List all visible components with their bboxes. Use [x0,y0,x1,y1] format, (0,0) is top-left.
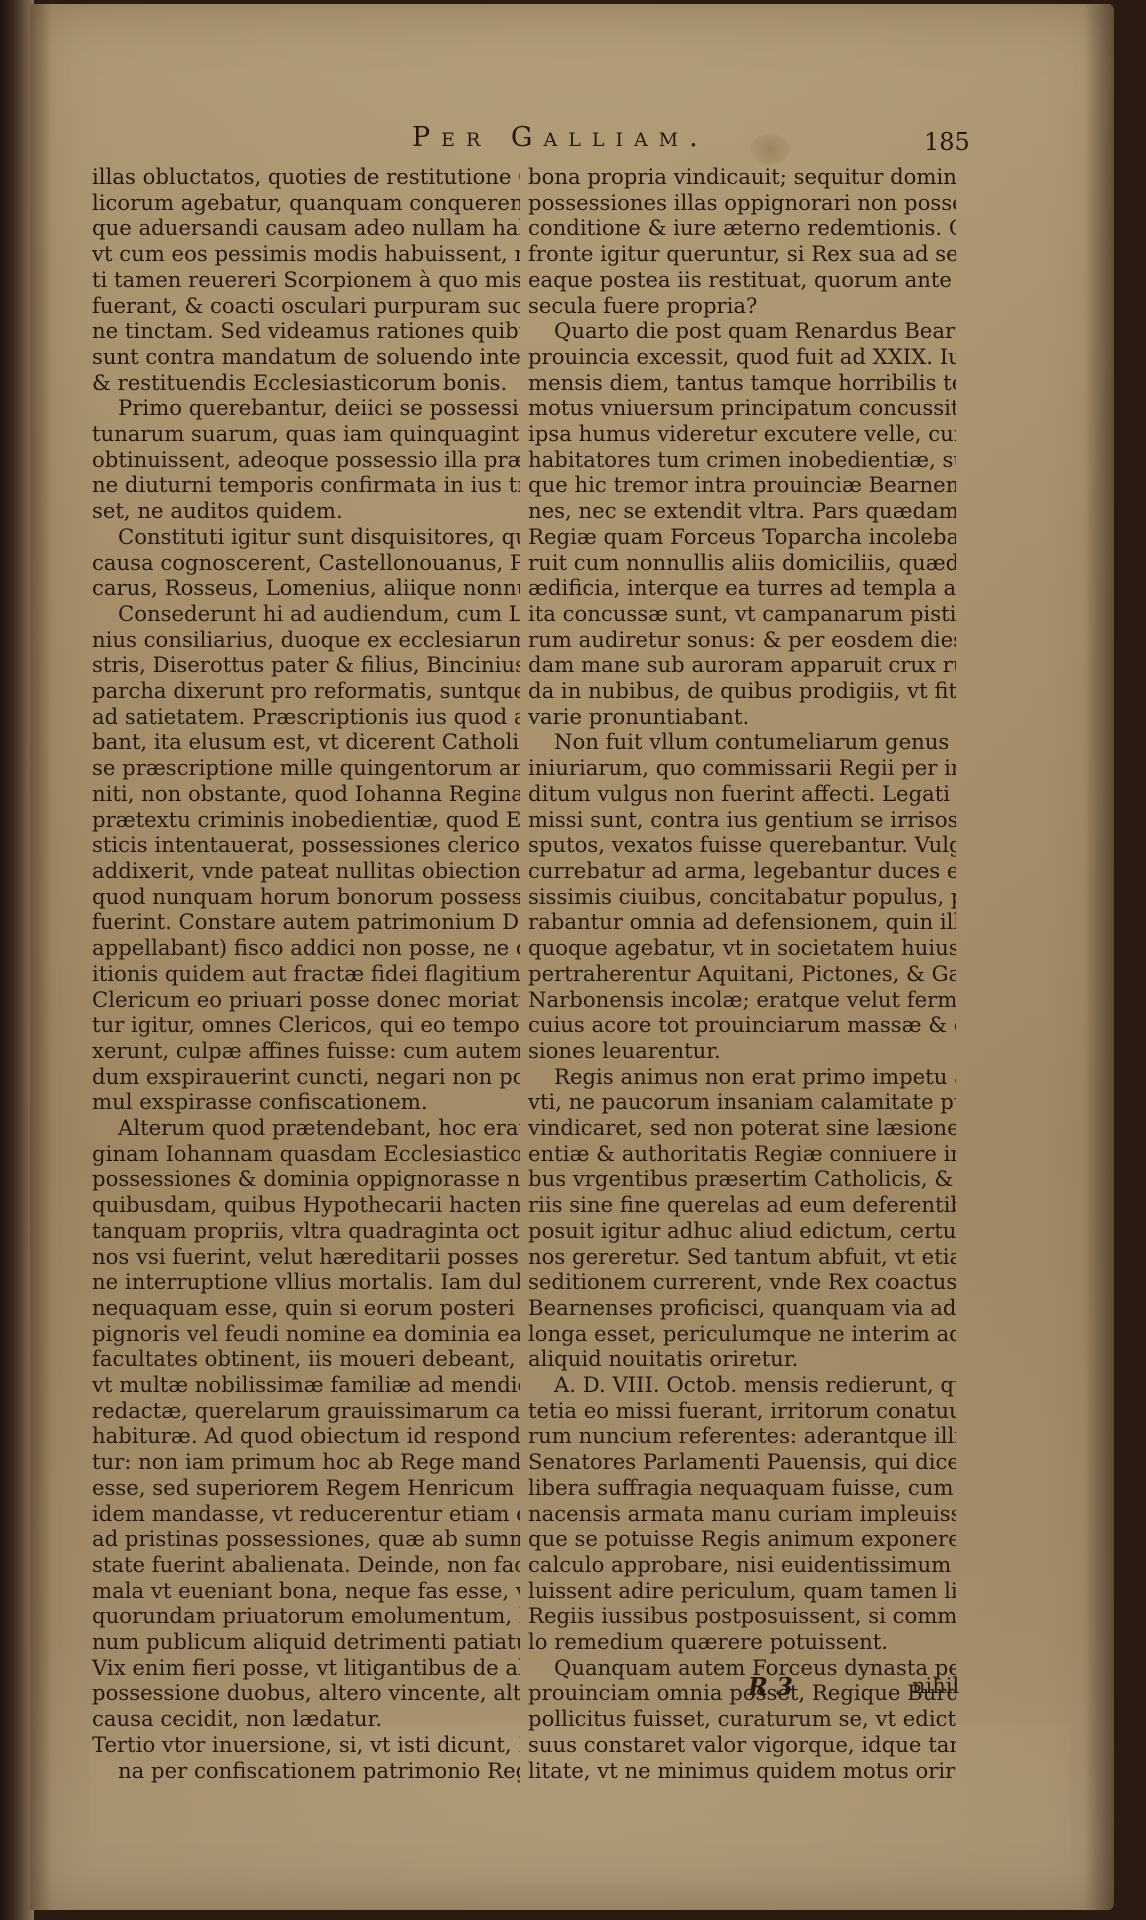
text-line: ædificia, interque ea turres ad templa a… [528,575,956,601]
left-text-column: illas obluctatos, quoties de restitution… [92,164,520,1783]
text-line: seditionem currerent, vnde Rex coactus i… [528,1269,956,1295]
text-line: Alterum quod prætendebant, hoc erat, Re- [92,1115,520,1141]
text-line: Primo querebantur, deiici se possessione… [92,395,520,421]
text-line: habituræ. Ad quod obiectum id respondeba… [92,1423,520,1449]
text-line: Regis animus non erat primo impetu armis [528,1064,956,1090]
text-line: nequaquam esse, quin si eorum posteri qu… [92,1295,520,1321]
text-line: Narbonensis incolæ; eratque velut fermen… [528,987,956,1013]
text-line: longa esset, periculumque ne interim ad … [528,1321,956,1347]
text-line: Tertio vtor inuersione, si, vt isti dicu… [92,1732,520,1758]
text-line: dam mane sub auroram apparuit crux rubic… [528,652,956,678]
text-line: Quarto die post quam Renardus Bearnensi [528,318,956,344]
text-line: posuit igitur adhuc aliud edictum, certu… [528,1218,956,1244]
text-line: nes, nec se extendit vltra. Pars quædam … [528,498,956,524]
text-line: xerunt, culpæ affines fuisse: cum autem … [92,1038,520,1064]
catchword: nihil [912,1674,959,1698]
text-line: illas obluctatos, quoties de restitution… [92,164,520,190]
text-line: ruit cum nonnullis aliis domiciliis, quæ… [528,550,956,576]
page-edge-shadow [1084,4,1114,1910]
text-line: Senatores Parlamenti Pauensis, qui diceb… [528,1449,956,1475]
text-line: currebatur ad arma, legebantur duces e f… [528,858,956,884]
text-line: quibusdam, quibus Hypothecarii hactenus, [92,1192,520,1218]
text-line: tetia eo missi fuerant, irritorum conatu… [528,1398,956,1424]
text-line: possessiones & dominia oppignorasse nobi… [92,1166,520,1192]
text-line: nacensis armata manu curiam impleuisset,… [528,1501,956,1527]
text-line: riis sine fine querelas ad eum deferenti… [528,1192,956,1218]
text-line: da in nubibus, de quibus prodigiis, vt f… [528,678,956,704]
text-line: bona propria vindicauit; sequitur domini… [528,164,956,190]
text-line: vt cum eos pessimis modis habuissent, no… [92,241,520,267]
text-line: ti tamen reuereri Scorpionem à quo miser… [92,267,520,293]
text-line: calculo approbare, nisi euidentissimum v… [528,1552,956,1578]
text-line: fuerint. Constare autem patrimonium Dei … [92,909,520,935]
text-line: que aduersandi causam adeo nullam habere… [92,215,520,241]
page-footer: R 3 nihil [30,1672,1114,1712]
text-line: nos vsi fuerint, velut hæreditarii posse… [92,1244,520,1270]
right-text-column: bona propria vindicauit; sequitur domini… [528,164,956,1783]
running-title: Per Galliam. [412,122,709,153]
text-line: entiæ & authoritatis Regiæ conniuere in … [528,1141,956,1167]
text-line: carus, Rosseus, Lomenius, aliique nonnul… [92,575,520,601]
text-line: Clericum eo priuari posse donec moriatur… [92,987,520,1013]
text-line: ipsa humus videretur excutere velle, cum… [528,421,956,447]
text-line: sissimis ciuibus, concitabatur populus, … [528,884,956,910]
text-line: Regiæ quam Forceus Toparcha incolebat, c… [528,524,956,550]
text-line: tur: non iam primum hoc ab Rege mandatum [92,1449,520,1475]
text-line: fronte igitur queruntur, si Rex sua ad s… [528,241,956,267]
signature-mark: R 3 [748,1672,793,1701]
text-line: motus vniuersum principatum concussit, v… [528,395,956,421]
page-header: Per Galliam. 185 [30,122,1114,158]
text-line: bus vrgentibus præsertim Catholicis, & d… [528,1166,956,1192]
text-line: aliquid nouitatis oriretur. [528,1346,956,1372]
text-line: quod nunquam horum bonorum possessores [92,884,520,910]
text-line: possessiones illas oppignorari non posse… [528,190,956,216]
text-line: num publicum aliquid detrimenti patiatur… [92,1629,520,1655]
text-line: prætextu criminis inobedientiæ, quod Ecc… [92,807,520,833]
text-line: dum exspirauerint cuncti, negari non pos… [92,1064,520,1090]
text-line: causa cognoscerent, Castellonouanus, Pon… [92,550,520,576]
text-line: eaque postea iis restituat, quorum ante … [528,267,956,293]
text-line: facultates obtinent, iis moueri debeant,… [92,1346,520,1372]
text-line: addixerit, vnde pateat nullitas obiectio… [92,858,520,884]
page-number: 185 [924,128,970,156]
text-line: libera suffragia nequaquam fuisse, cum B… [528,1475,956,1501]
text-line: state fuerint abalienata. Deinde, non fa… [92,1552,520,1578]
text-line: prouincia excessit, quod fuit ad XXIX. I… [528,344,956,370]
text-line: set, ne auditos quidem. [92,498,520,524]
text-line: siones leuarentur. [528,1038,956,1064]
text-line: ita concussæ sunt, vt campanarum pistill… [528,601,956,627]
text-line: secula fuere propria? [528,293,956,319]
text-line: suus constaret valor vigorque, idque tan… [528,1732,956,1758]
text-line: & restituendis Ecclesiasticorum bonis. [92,370,520,396]
text-line: Regiis iussibus postposuissent, si commu… [528,1603,956,1629]
text-line: mensis diem, tantus tamque horribilis te… [528,370,956,396]
text-line: itionis quidem aut fractæ fidei flagitiu… [92,961,520,987]
text-line: habitatores tum crimen inobedientiæ, sub… [528,447,956,473]
book-page: Per Galliam. 185 illas obluctatos, quoti… [30,4,1114,1910]
text-line: varie pronuntiabant. [528,704,956,730]
text-line: quorundam priuatorum emolumentum, bo- [92,1603,520,1629]
text-line: ne interruptione vllius mortalis. Iam du… [92,1269,520,1295]
text-line: rum nuncium referentes: aderantque illis… [528,1423,956,1449]
text-line: missi sunt, contra ius gentium se irriso… [528,807,956,833]
text-line: ne diuturni temporis confirmata in ius t… [92,472,520,498]
text-line: appellabant) fisco addici non posse, ne … [92,935,520,961]
text-line: licorum agebatur, quanquam conquerendi a… [92,190,520,216]
text-line: A. D. VIII. Octob. mensis redierunt, qui… [528,1372,956,1398]
text-line: Non fuit vllum contumeliarum genus aut [528,729,956,755]
text-line: que se potuisse Regis animum exponere au… [528,1526,956,1552]
text-line: idem mandasse, vt reducerentur etiam ea … [92,1501,520,1527]
text-line: rabantur omnia ad defensionem, quin illu… [528,909,956,935]
text-line: iniuriarum, quo commissarii Regii per in… [528,755,956,781]
text-line: ditum vulgus non fuerint affecti. Legati… [528,781,956,807]
text-line: nius consiliarius, duoque ex ecclesiarum… [92,627,520,653]
text-line: conditione & iure æterno redemtionis. Qu… [528,215,956,241]
text-line: que hic tremor intra prouinciæ Bearnensi… [528,472,956,498]
text-line: fuerant, & coacti osculari purpuram suo … [92,293,520,319]
text-line: pertraherentur Aquitani, Pictones, & Gal… [528,961,956,987]
text-line: tur igitur, omnes Clericos, qui eo tempo… [92,1012,520,1038]
text-line: niti, non obstante, quod Iohanna Regina,… [92,781,520,807]
text-line: parcha dixerunt pro reformatis, suntque … [92,678,520,704]
text-line: tunarum suarum, quas iam quinquaginta an… [92,421,520,447]
text-line: litate, vt ne minimus quidem motus orire… [528,1758,956,1784]
text-line: vindicaret, sed non poterat sine læsione… [528,1115,956,1141]
text-line: ad satietatem. Præscriptionis ius quod a… [92,704,520,730]
page-gutter-shadow [30,4,52,1910]
text-line: quoque agebatur, vt in societatem huius … [528,935,956,961]
text-line: na per confiscationem patrimonio Regali … [92,1758,520,1784]
book-binding [0,0,34,1920]
text-line: Bearnenses proficisci, quanquam via admo… [528,1295,956,1321]
text-line: luissent adire periculum, quam tamen lib… [528,1578,956,1604]
text-line: se præscriptione mille quingentorum anno… [92,755,520,781]
text-line: nos gereretur. Sed tantum abfuit, vt eti… [528,1244,956,1270]
text-line: esse, sed superiorem Regem Henricum IV. [92,1475,520,1501]
text-line: rum audiretur sonus: & per eosdem dies q… [528,627,956,653]
text-line: ad pristinas possessiones, quæ ab summa … [92,1526,520,1552]
text-line: ne tinctam. Sed videamus rationes quibus… [92,318,520,344]
text-line: sticis intentauerat, possessiones cleric… [92,832,520,858]
text-line: redactæ, querelarum grauissimarum causas… [92,1398,520,1424]
text-line: Constituti igitur sunt disquisitores, qu… [92,524,520,550]
text-line: obtinuissent, adeoque possessio illa præ… [92,447,520,473]
text-line: pignoris vel feudi nomine ea dominia eas… [92,1321,520,1347]
text-line: vti, ne paucorum insaniam calamitate pub… [528,1089,956,1115]
text-line: ginam Iohannam quasdam Ecclesiasticorum [92,1141,520,1167]
text-line: sunt contra mandatum de soluendo interdi… [92,344,520,370]
text-line: stris, Diserottus pater & filius, Bincin… [92,652,520,678]
text-line: vt multæ nobilissimæ familiæ ad mendicit… [92,1372,520,1398]
text-line: Consederunt hi ad audiendum, cum Lescu- [92,601,520,627]
text-line: bant, ita elusum est, vt dicerent Cathol… [92,729,520,755]
text-line: lo remedium quærere potuissent. [528,1629,956,1655]
text-line: sputos, vexatos fuisse querebantur. Vulg… [528,832,956,858]
text-line: mala vt eueniant bona, neque fas esse, v… [92,1578,520,1604]
text-line: cuius acore tot prouinciarum massæ & con… [528,1012,956,1038]
text-line: tanquam propriis, vltra quadraginta octo… [92,1218,520,1244]
text-line: mul exspirasse confiscationem. [92,1089,520,1115]
